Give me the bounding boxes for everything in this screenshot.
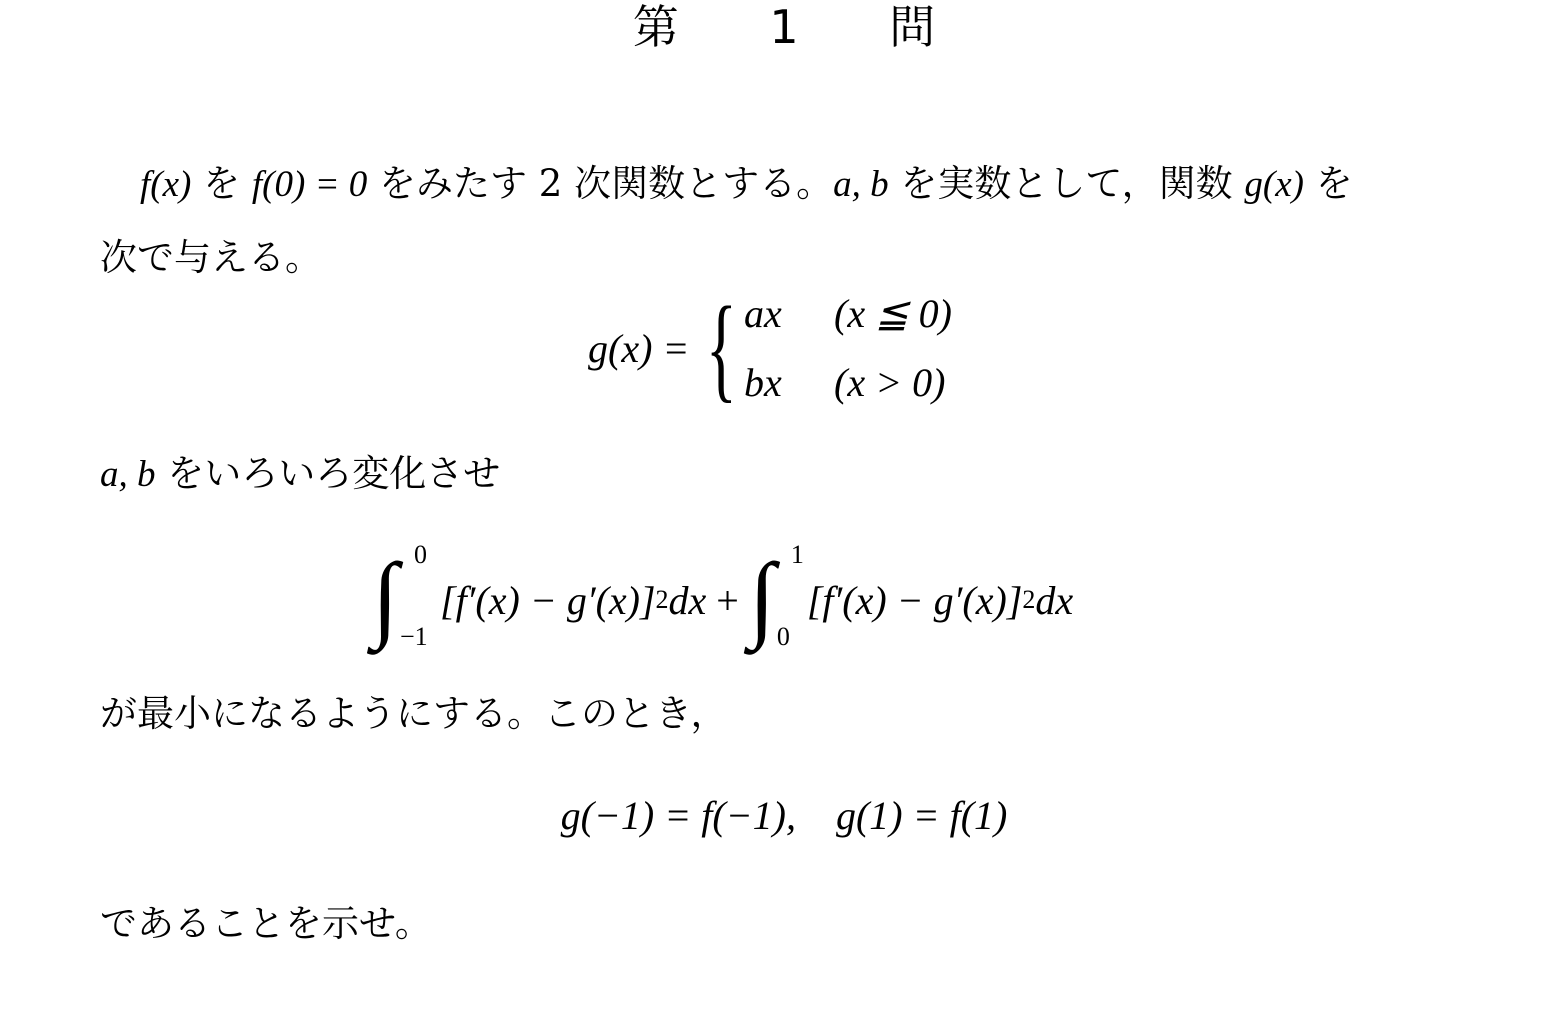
left-brace: { <box>706 289 737 407</box>
text: をみたす 2 次関数とする。 <box>367 162 833 205</box>
math-ab: a, b <box>833 164 889 205</box>
integral-sign-icon: ∫ <box>372 542 398 652</box>
plus-sign: + <box>716 577 739 624</box>
text: を <box>191 162 252 205</box>
differential: dx <box>1035 577 1073 624</box>
conclusion-equation: g(−1) = f(−1), g(1) = f(1) <box>0 792 1568 839</box>
problem-statement-line-3: a, b をいろいろ変化させ <box>100 452 500 497</box>
problem-statement-line-5: であることを示せ。 <box>100 902 432 946</box>
lower-limit: −1 <box>400 622 428 652</box>
integrand: [f′(x) − g′(x)] <box>807 577 1023 624</box>
exponent: 2 <box>1022 585 1035 615</box>
text: をいろいろ変化させ <box>156 452 501 495</box>
title-number: 1 <box>769 0 798 54</box>
title-mon: 問 <box>889 0 935 54</box>
upper-limit: 1 <box>791 540 804 570</box>
case-expr: bx <box>744 359 834 406</box>
problem-statement-line-1: f(x) を f(0) = 0 をみたす 2 次関数とする。a, b を実数とし… <box>140 162 1353 207</box>
integrand: [f′(x) − g′(x)] <box>440 577 656 624</box>
problem-statement-line-2: 次で与える。 <box>100 236 322 280</box>
piecewise-definition: g(x) = { ax (x ≦ 0) bx (x > 0) <box>588 284 952 412</box>
integral-1: ∫ 0 −1 <box>372 540 420 660</box>
exponent: 2 <box>656 585 669 615</box>
lower-limit: 0 <box>777 622 790 652</box>
case-expr: ax <box>744 290 834 337</box>
math-gx: g(x) <box>1244 164 1304 205</box>
integral-2: ∫ 1 0 <box>749 540 797 660</box>
problem-statement-line-4: が最小になるようにする。このとき， <box>100 692 728 736</box>
text: を <box>1304 162 1353 205</box>
integral-sign-icon: ∫ <box>749 542 775 652</box>
problem-title: 第 1 問 <box>0 0 1568 60</box>
differential: dx <box>669 577 707 624</box>
title-dai: 第 <box>633 0 679 54</box>
piecewise-lhs: g(x) = <box>588 325 689 372</box>
case-condition: (x ≦ 0) <box>834 290 952 337</box>
case-condition: (x > 0) <box>834 359 945 406</box>
cases: ax (x ≦ 0) bx (x > 0) <box>744 290 952 406</box>
math-f0: f(0) = 0 <box>252 164 367 205</box>
integral-expression: ∫ 0 −1 [f′(x) − g′(x)]2dx + ∫ 1 0 [f′(x)… <box>372 540 1073 660</box>
math-fx: f(x) <box>140 164 191 205</box>
case-row: bx (x > 0) <box>744 359 952 406</box>
case-row: ax (x ≦ 0) <box>744 290 952 337</box>
math-ab: a, b <box>100 454 156 495</box>
text: を実数として，関数 <box>889 162 1245 205</box>
upper-limit: 0 <box>414 540 427 570</box>
